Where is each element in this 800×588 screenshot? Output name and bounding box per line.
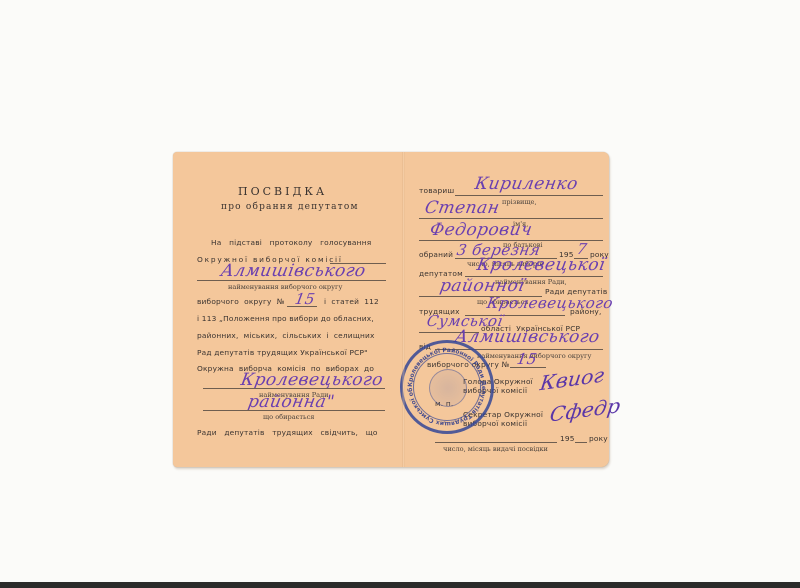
stamp-ring-text: Кролевецької Районної Ради Депутатів Тру…: [403, 343, 491, 431]
law-line-2: районних, міських, сільських і селищних: [197, 331, 375, 340]
certificate-subtitle: про обрання депутатом: [221, 202, 359, 212]
secretary-signature: Сфедр: [549, 393, 622, 426]
fill-line: [197, 280, 386, 281]
surname-caption: прізвище,: [502, 198, 537, 206]
fill-line: [203, 410, 385, 411]
council-handwritten-1: Кролевецького: [239, 370, 384, 390]
official-stamp: Кролевецької Районної Ради Депутатів Тру…: [400, 340, 494, 434]
scanner-edge: [0, 582, 800, 588]
name-handwritten: Степан: [423, 198, 501, 218]
surname-handwritten: Кириленко: [473, 174, 579, 194]
issue-year-suffix: року: [589, 434, 608, 443]
fill-line: [510, 367, 546, 368]
council-handwritten-1: Кролевецької: [475, 255, 607, 275]
elected-label: обраний: [419, 250, 453, 259]
law-line-3: Рад депутатів трудящих Української РСР": [197, 348, 368, 357]
okrug-number-suffix: і статей 112: [324, 297, 379, 306]
okrug-number-prefix: виборчого округу №: [197, 297, 285, 306]
fill-line: [455, 195, 603, 196]
council-caption-2: що обирається: [263, 413, 314, 421]
certificate-title: ПОСВІДКА: [238, 185, 327, 198]
council-handwritten-2: районна": [246, 392, 336, 412]
svg-text:Кролевецької Районної Ради Деп: Кролевецької Районної Ради Депутатів Тру…: [403, 343, 487, 427]
certifies-line: Ради депутатів трудящих свідчить, що: [197, 428, 378, 437]
chairman-signature: Квиог: [539, 363, 606, 395]
okrug-name-caption: найменування виборчого округу: [228, 283, 342, 291]
law-line-1: і 113 „Положення про вибори до обласних,: [197, 314, 374, 323]
certificate-card: ПОСВІДКА про обрання депутатом На підста…: [173, 152, 609, 467]
district-suffix: району,: [570, 307, 602, 316]
fill-line: [287, 306, 317, 307]
fill-line: [203, 388, 385, 389]
patronymic-handwritten: Федорович: [428, 220, 534, 240]
left-page: ПОСВІДКА про обрання депутатом На підста…: [173, 152, 402, 467]
fill-line: [419, 218, 603, 219]
okrug-number-handwritten: 15: [515, 350, 538, 368]
issue-caption: число, місяць видачі посвідки: [443, 445, 548, 453]
fill-line: [575, 442, 587, 443]
fill-line: [435, 442, 557, 443]
okrug-name-handwritten: Алмишівського: [219, 261, 367, 281]
council-handwritten-2: районної: [438, 276, 526, 296]
protocol-line: На підставі протоколу голосування: [211, 238, 371, 247]
comrade-label: товариш: [419, 186, 454, 195]
issue-year-prefix: 195: [560, 434, 575, 443]
